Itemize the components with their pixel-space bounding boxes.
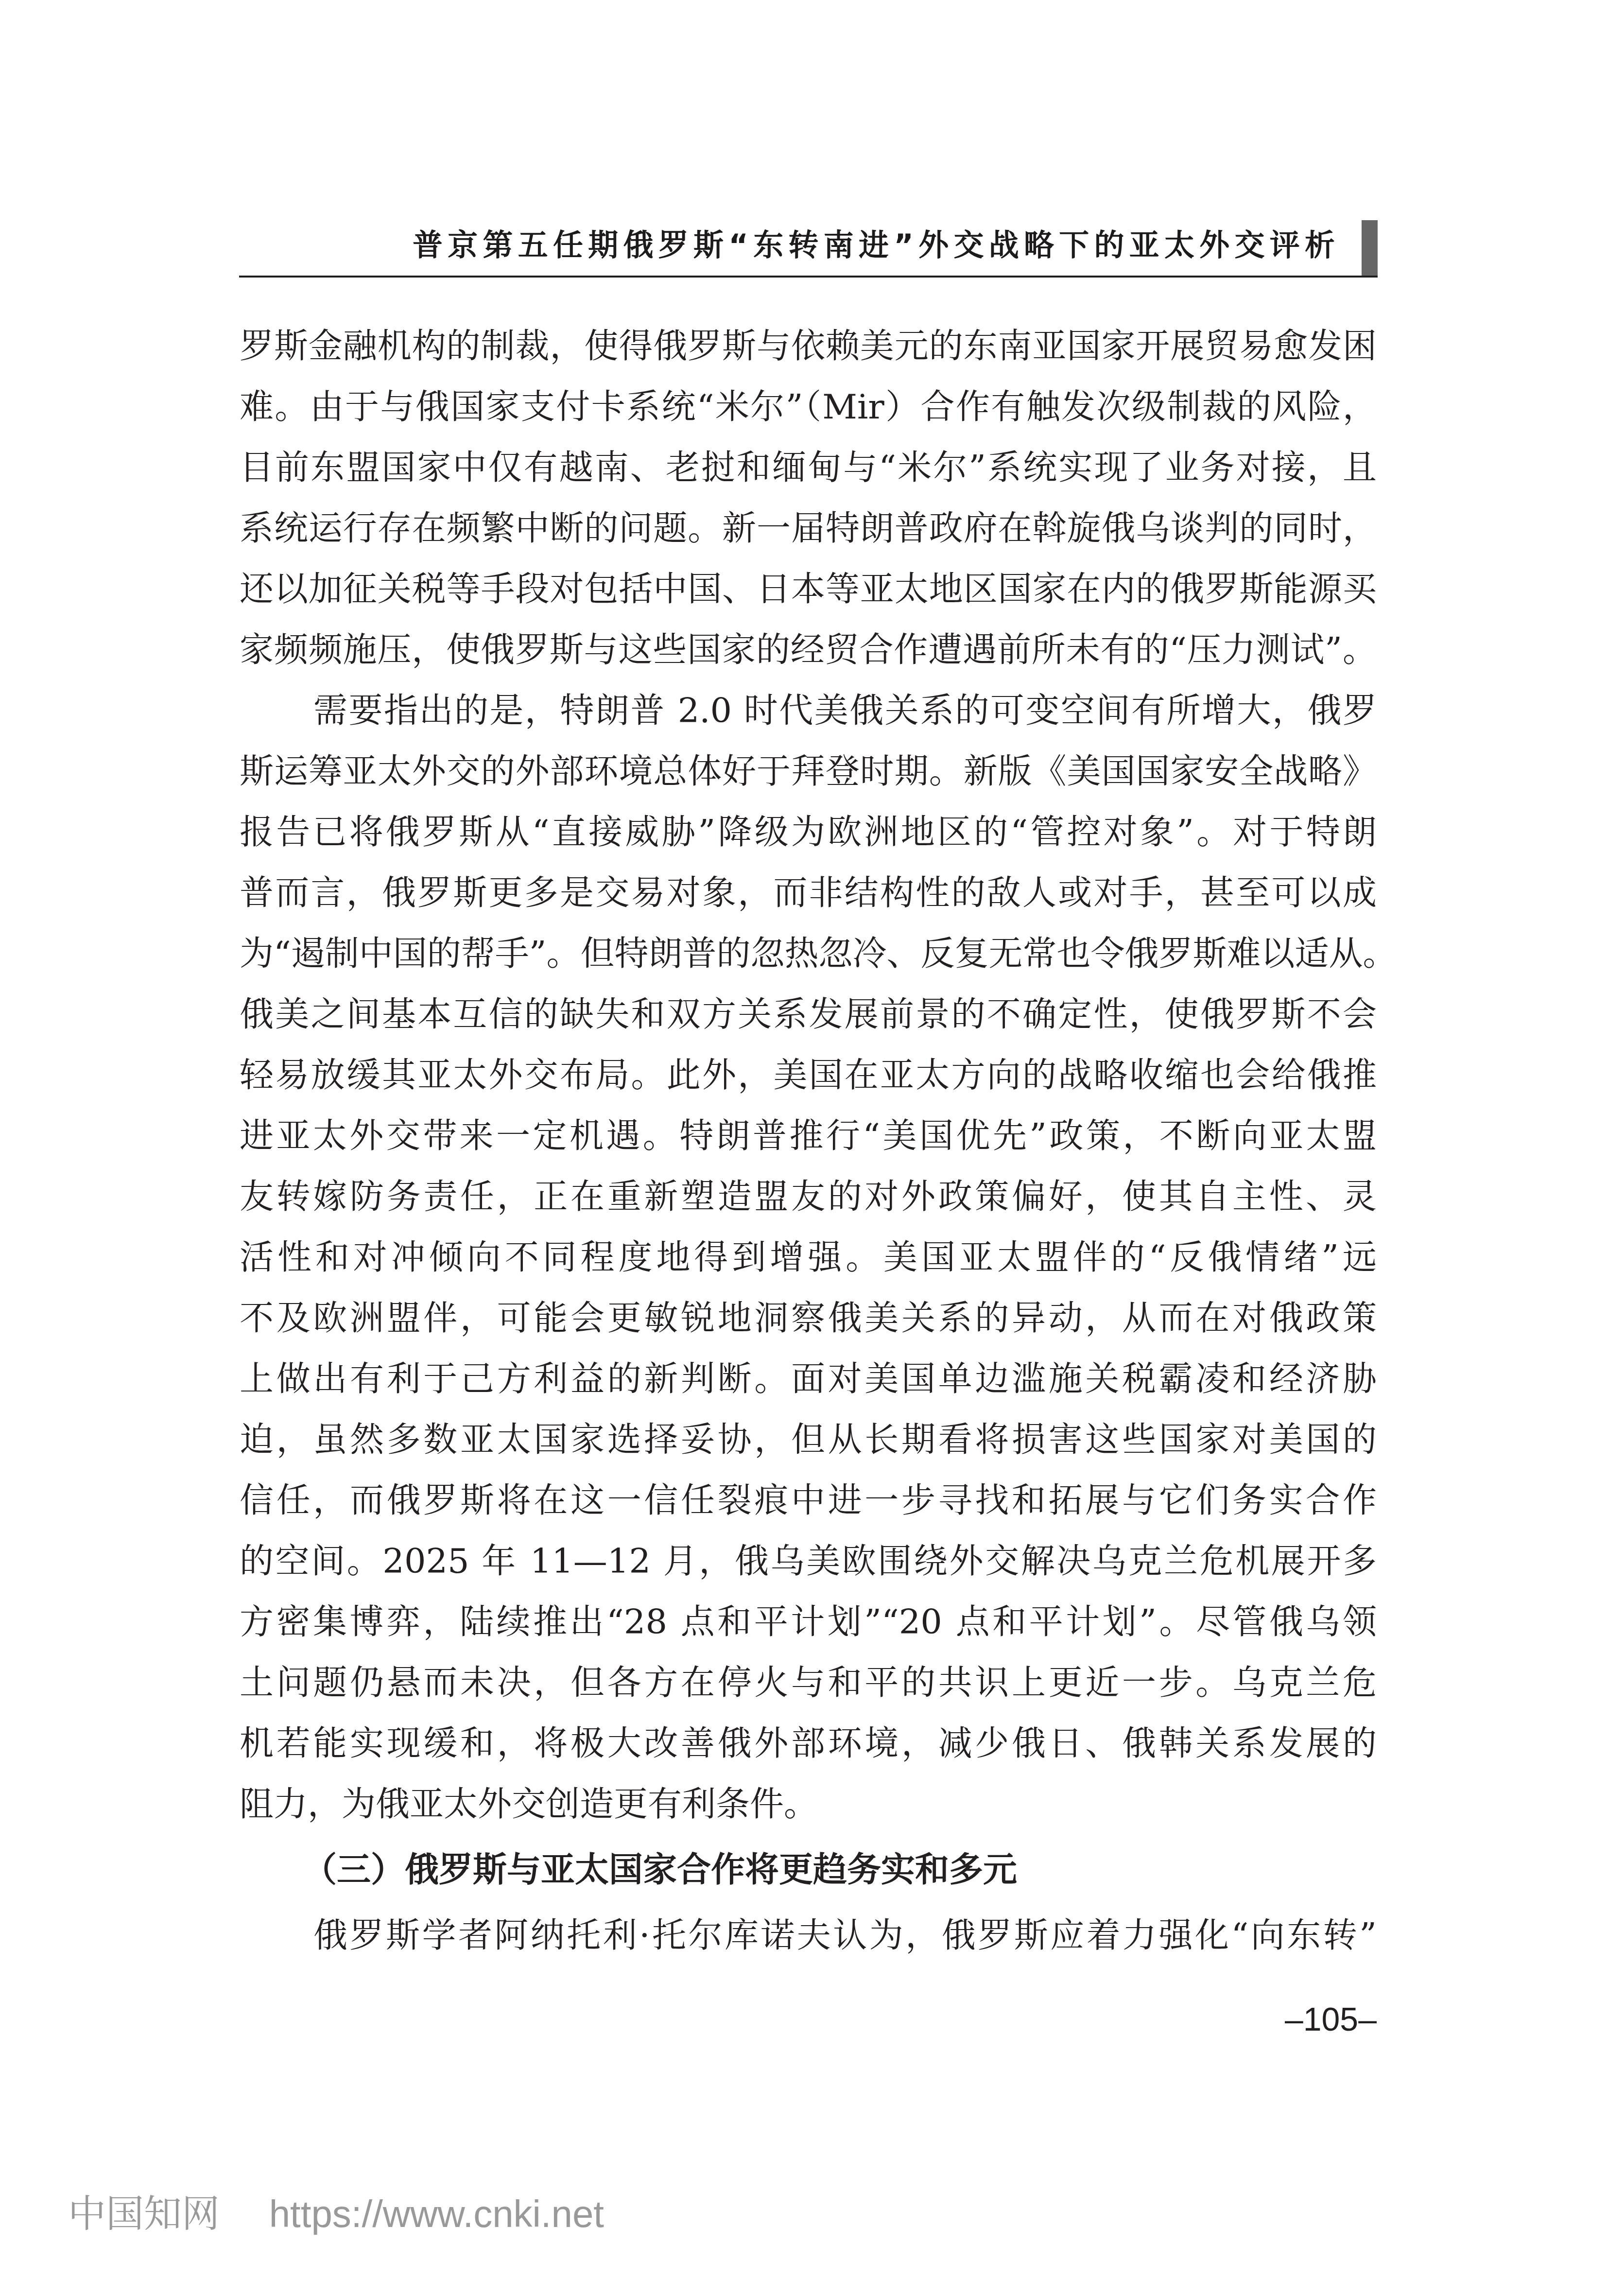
text-line: 阻力，为俄亚太外交创造更有利条件。 [240,1774,1377,1835]
text-line: 俄美之间基本互信的缺失和双方关系发展前景的不确定性，使俄罗斯不会 [240,984,1377,1045]
text-line: 的空间。2025 年 11—12 月，俄乌美欧围绕外交解决乌克兰危机展开多 [240,1531,1377,1592]
text-line: 家频频施压，使俄罗斯与这些国家的经贸合作遭遇前所未有的“压力测试”。 [240,620,1377,680]
text-line: 机若能实现缓和，将极大改善俄外部环境，减少俄日、俄韩关系发展的 [240,1713,1377,1774]
paragraph-2: 需要指出的是，特朗普 2.0 时代美俄关系的可变空间有所增大，俄罗 斯运筹亚太外… [240,680,1377,1835]
cnki-watermark: 中国知网 https://www.cnki.net [68,2190,604,2238]
article-body: 罗斯金融机构的制裁，使得俄罗斯与依赖美元的东南亚国家开展贸易愈发困 难。由于与俄… [240,316,1377,1966]
text-line: 报告已将俄罗斯从“直接威胁”降级为欧洲地区的“管控对象”。对于特朗 [240,802,1377,863]
paragraph-1: 罗斯金融机构的制裁，使得俄罗斯与依赖美元的东南亚国家开展贸易愈发困 难。由于与俄… [240,316,1377,680]
text-line: 轻易放缓其亚太外交布局。此外，美国在亚太方向的战略收缩也会给俄推 [240,1045,1377,1106]
watermark-brand: 中国知网 [68,2192,220,2235]
text-line: 进亚太外交带来一定机遇。特朗普推行“美国优先”政策，不断向亚太盟 [240,1106,1377,1166]
running-header: 普京第五任期俄罗斯“东转南进”外交战略下的亚太外交评析 [239,214,1378,278]
text-line: 不及欧洲盟伴，可能会更敏锐地洞察俄美关系的异动，从而在对俄政策 [240,1288,1377,1349]
text-line: 友转嫁防务责任，正在重新塑造盟友的对外政策偏好，使其自主性、灵 [240,1166,1377,1227]
text-line: 上做出有利于己方利益的新判断。面对美国单边滥施关税霸凌和经济胁 [240,1349,1377,1409]
text-line: 需要指出的是，特朗普 2.0 时代美俄关系的可变空间有所增大，俄罗 [240,680,1377,741]
text-line: 目前东盟国家中仅有越南、老挝和缅甸与“米尔”系统实现了业务对接，且 [240,437,1377,498]
header-accent-bar [1362,220,1378,277]
page-number: –105– [1285,2000,1377,2039]
watermark-url: https://www.cnki.net [269,2192,604,2235]
section-heading: （三）俄罗斯与亚太国家合作将更趋务实和多元 [240,1835,1377,1905]
text-line: 信任，而俄罗斯将在这一信任裂痕中进一步寻找和拓展与它们务实合作 [240,1470,1377,1531]
text-line: 难。由于与俄国家支付卡系统“米尔”（Mir）合作有触发次级制裁的风险， [240,377,1377,437]
header-rule [239,276,1378,278]
text-line: 罗斯金融机构的制裁，使得俄罗斯与依赖美元的东南亚国家开展贸易愈发困 [240,316,1377,377]
text-line: 方密集博弈，陆续推出“28 点和平计划”“20 点和平计划”。尽管俄乌领 [240,1592,1377,1652]
text-line: 为“遏制中国的帮手”。但特朗普的忽热忽冷、反复无常也令俄罗斯难以适从。 [240,923,1377,984]
text-line: 迫，虽然多数亚太国家选择妥协，但从长期看将损害这些国家对美国的 [240,1409,1377,1470]
text-line: 俄罗斯学者阿纳托利·托尔库诺夫认为，俄罗斯应着力强化“向东转” [240,1905,1377,1966]
text-line: 普而言，俄罗斯更多是交易对象，而非结构性的敌人或对手，甚至可以成 [240,863,1377,923]
text-line: 活性和对冲倾向不同程度地得到增强。美国亚太盟伴的“反俄情绪”远 [240,1227,1377,1288]
text-line: 斯运筹亚太外交的外部环境总体好于拜登时期。新版《美国国家安全战略》 [240,741,1377,802]
text-line: 系统运行存在频繁中断的问题。新一届特朗普政府在斡旋俄乌谈判的同时， [240,498,1377,559]
text-line: 还以加征关税等手段对包括中国、日本等亚太地区国家在内的俄罗斯能源买 [240,559,1377,620]
text-line: 土问题仍悬而未决，但各方在停火与和平的共识上更近一步。乌克兰危 [240,1652,1377,1713]
paragraph-3: 俄罗斯学者阿纳托利·托尔库诺夫认为，俄罗斯应着力强化“向东转” [240,1905,1377,1966]
running-header-title: 普京第五任期俄罗斯“东转南进”外交战略下的亚太外交评析 [413,228,1336,262]
